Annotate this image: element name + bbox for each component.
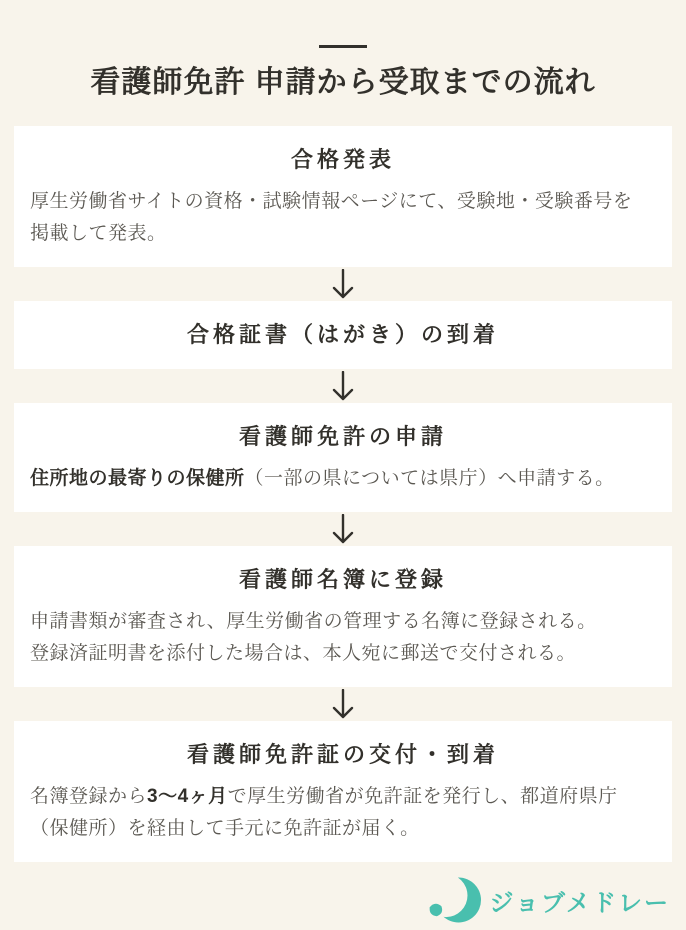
- step-body: 申請書類が審査され、厚生労働省の管理する名簿に登録される。登録済証明書を添付した…: [30, 606, 656, 670]
- arrow-down-icon: [328, 689, 358, 719]
- infographic-page: 看護師免許 申請から受取までの流れ 合格発表 厚生労働省サイトの資格・試験情報ペ…: [0, 0, 686, 930]
- arrow-down-icon: [328, 269, 358, 299]
- flow-arrow-gap: [0, 267, 686, 301]
- flow-arrow-gap: [0, 369, 686, 403]
- step-heading: 看護師名簿に登録: [30, 565, 656, 595]
- brand-logo: ジョブメドレー: [16, 872, 670, 928]
- job-medley-crescent-icon: [427, 873, 481, 927]
- step-heading: 看護師免許の申請: [30, 422, 656, 452]
- step-card-pass-announcement: 合格発表 厚生労働省サイトの資格・試験情報ページにて、受験地・受験番号を掲載して…: [14, 126, 672, 267]
- step-body: 厚生労働省サイトの資格・試験情報ページにて、受験地・受験番号を掲載して発表。: [30, 186, 656, 250]
- page-title: 看護師免許 申請から受取までの流れ: [0, 64, 686, 102]
- step-body: 名簿登録から3〜4ヶ月で厚生労働省が免許証を発行し、都道府県庁（保健所）を経由し…: [30, 781, 656, 845]
- step-card-certificate-postcard: 合格証書（はがき）の到着: [14, 301, 672, 369]
- brand-logo-text: ジョブメドレー: [489, 883, 670, 918]
- flow-arrow-gap: [0, 687, 686, 721]
- step-heading: 合格証書（はがき）の到着: [30, 320, 656, 350]
- title-divider: [319, 45, 367, 48]
- step-body: 住所地の最寄りの保健所（一部の県については県庁）へ申請する。: [30, 463, 656, 495]
- arrow-down-icon: [328, 514, 358, 544]
- step-card-license-delivery: 看護師免許証の交付・到着 名簿登録から3〜4ヶ月で厚生労働省が免許証を発行し、都…: [14, 721, 672, 862]
- flow-arrow-gap: [0, 512, 686, 546]
- step-card-registry-registration: 看護師名簿に登録 申請書類が審査され、厚生労働省の管理する名簿に登録される。登録…: [14, 546, 672, 687]
- step-card-license-application: 看護師免許の申請 住所地の最寄りの保健所（一部の県については県庁）へ申請する。: [14, 403, 672, 512]
- step-heading: 看護師免許証の交付・到着: [30, 740, 656, 770]
- arrow-down-icon: [328, 371, 358, 401]
- step-heading: 合格発表: [30, 145, 656, 175]
